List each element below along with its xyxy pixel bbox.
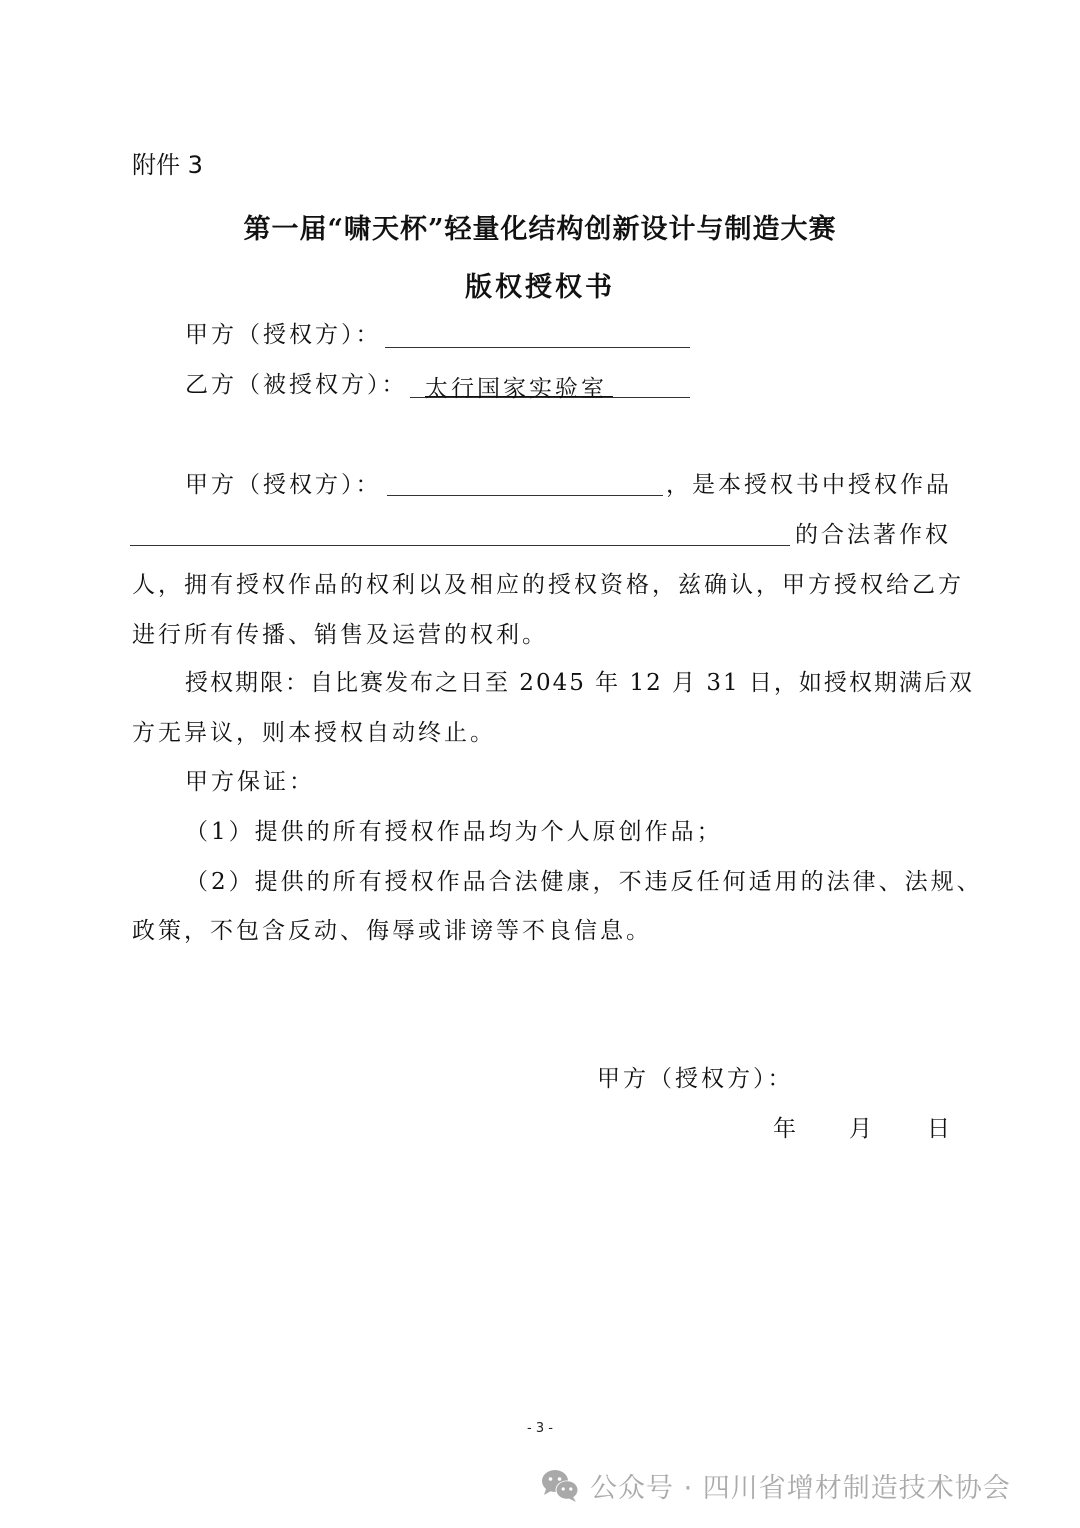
para1-line1-prefix: 甲方（授权方）： xyxy=(185,470,382,500)
para1-line3: 人，拥有授权作品的权利以及相应的授权资格，兹确认，甲方授权给乙方 xyxy=(132,570,964,600)
guarantee-heading: 甲方保证： xyxy=(185,767,315,797)
signature-label: 甲方（授权方）： xyxy=(597,1064,794,1094)
guarantee-item-2-line2: 政策，不包含反动、侮辱或诽谤等不良信息。 xyxy=(132,916,652,946)
para1-party-a-blank[interactable] xyxy=(387,495,663,496)
work-title-blank[interactable] xyxy=(130,545,790,546)
para1-line4: 进行所有传播、销售及运营的权利。 xyxy=(132,620,548,650)
para1-line1-suffix: ，是本授权书中授权作品 xyxy=(666,470,952,500)
term-line1: 授权期限：自比赛发布之日至 2045 年 12 月 31 日，如授权期满后双 xyxy=(185,668,974,698)
guarantee-item-1: （1）提供的所有授权作品均为个人原创作品； xyxy=(185,817,723,847)
party-a-label: 甲方（授权方）： xyxy=(185,320,382,350)
guarantee-item-2-line1: （2）提供的所有授权作品合法健康，不违反任何适用的法律、法规、 xyxy=(185,867,983,897)
signature-month: 月 xyxy=(849,1114,875,1144)
watermark-text: 公众号 · 四川省增材制造技术协会 xyxy=(590,1466,1011,1505)
signature-day: 日 xyxy=(927,1114,953,1144)
party-b-label: 乙方（被授权方）： xyxy=(185,370,408,400)
document-subtitle: 版权授权书 xyxy=(0,265,1080,304)
para1-line2-suffix: 的合法著作权 xyxy=(795,520,951,550)
watermark: 公众号 · 四川省增材制造技术协会 xyxy=(540,1466,1011,1505)
party-b-value: 太行国家实验室 xyxy=(425,370,607,403)
party-a-blank[interactable] xyxy=(385,347,690,348)
document-title: 第一届“啸天杯”轻量化结构创新设计与制造大赛 xyxy=(0,207,1080,246)
page-number: - 3 - xyxy=(0,1421,1080,1436)
wechat-icon xyxy=(540,1468,580,1504)
annex-label: 附件 3 xyxy=(132,145,203,180)
term-line2: 方无异议，则本授权自动终止。 xyxy=(132,718,496,748)
signature-year: 年 xyxy=(773,1114,799,1144)
